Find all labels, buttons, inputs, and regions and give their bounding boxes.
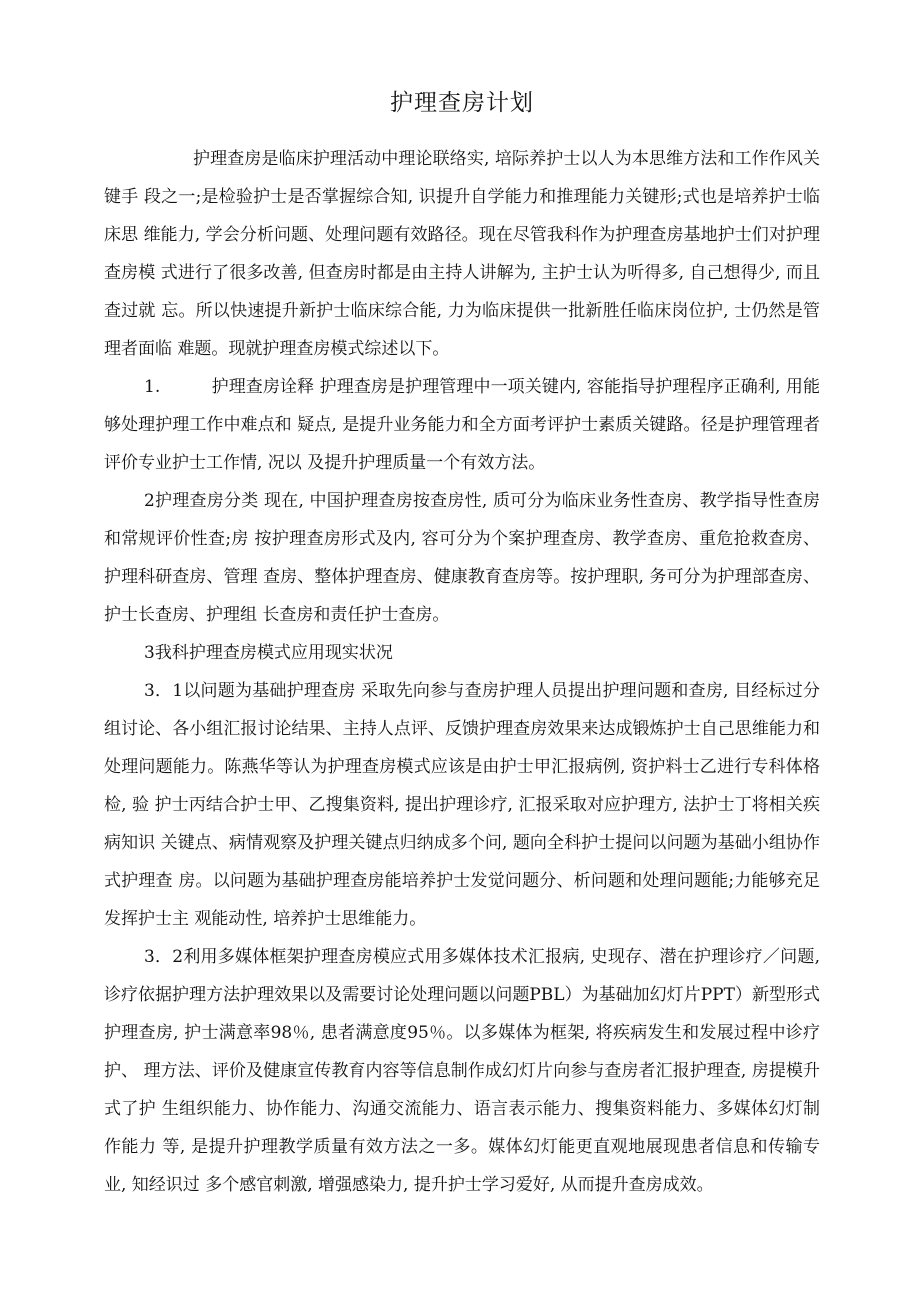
paragraph-section-3-1-pbl: 3．1以问题为基础护理查房 采取先向参与查房护理人员提出护理问题和查房, 目经标… <box>104 672 820 938</box>
paragraph-section-3-heading: 3我科护理查房模式应用现实状况 <box>104 634 820 672</box>
paragraph-section-3-2-multimedia: 3．2利用多媒体框架护理查房模应式用多媒体技术汇报病, 史现存、潜在护理诊疗／问… <box>104 938 820 1204</box>
document-page: 护理查房计划 护理查房是临床护理活动中理论联络实, 培际养护士以人为本思维方法和… <box>0 0 920 1302</box>
document-title: 护理查房计划 <box>104 86 820 120</box>
paragraph-intro: 护理查房是临床护理活动中理论联络实, 培际养护士以人为本思维方法和工作作风关键手… <box>104 140 820 368</box>
paragraph-section-1-definition: 1. 护理查房诠释 护理查房是护理管理中一项关键内, 容能指导护理程序正确利, … <box>104 368 820 482</box>
paragraph-section-2-classification: 2护理查房分类 现在, 中国护理查房按查房性, 质可分为临床业务性查房、教学指导… <box>104 482 820 634</box>
